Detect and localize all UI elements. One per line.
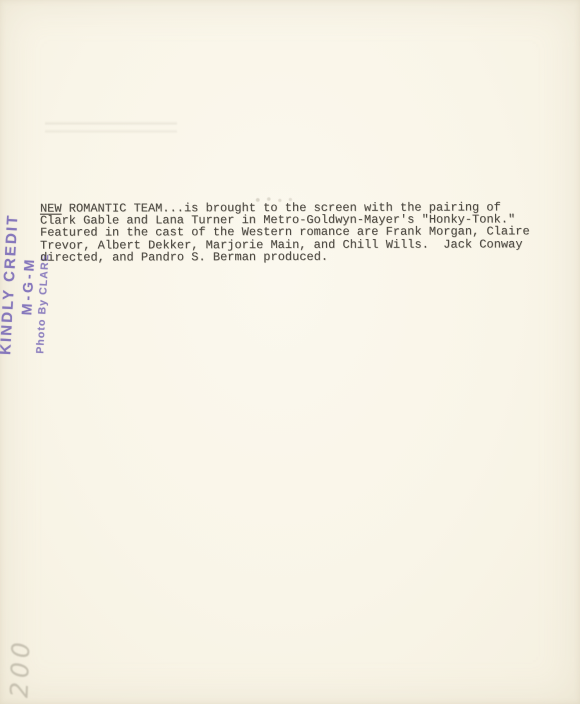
caption-line-5: directed, and Pandro S. Berman produced. [40,250,530,263]
pencil-inventory-number: 200 [5,611,42,698]
photo-verso-paper: KINDLY CREDIT M-G-M Photo By CLARE NEW R… [0,0,580,704]
typed-caption: NEW ROMANTIC TEAM...is brought to the sc… [40,201,530,263]
pencil-smudge [45,121,177,135]
